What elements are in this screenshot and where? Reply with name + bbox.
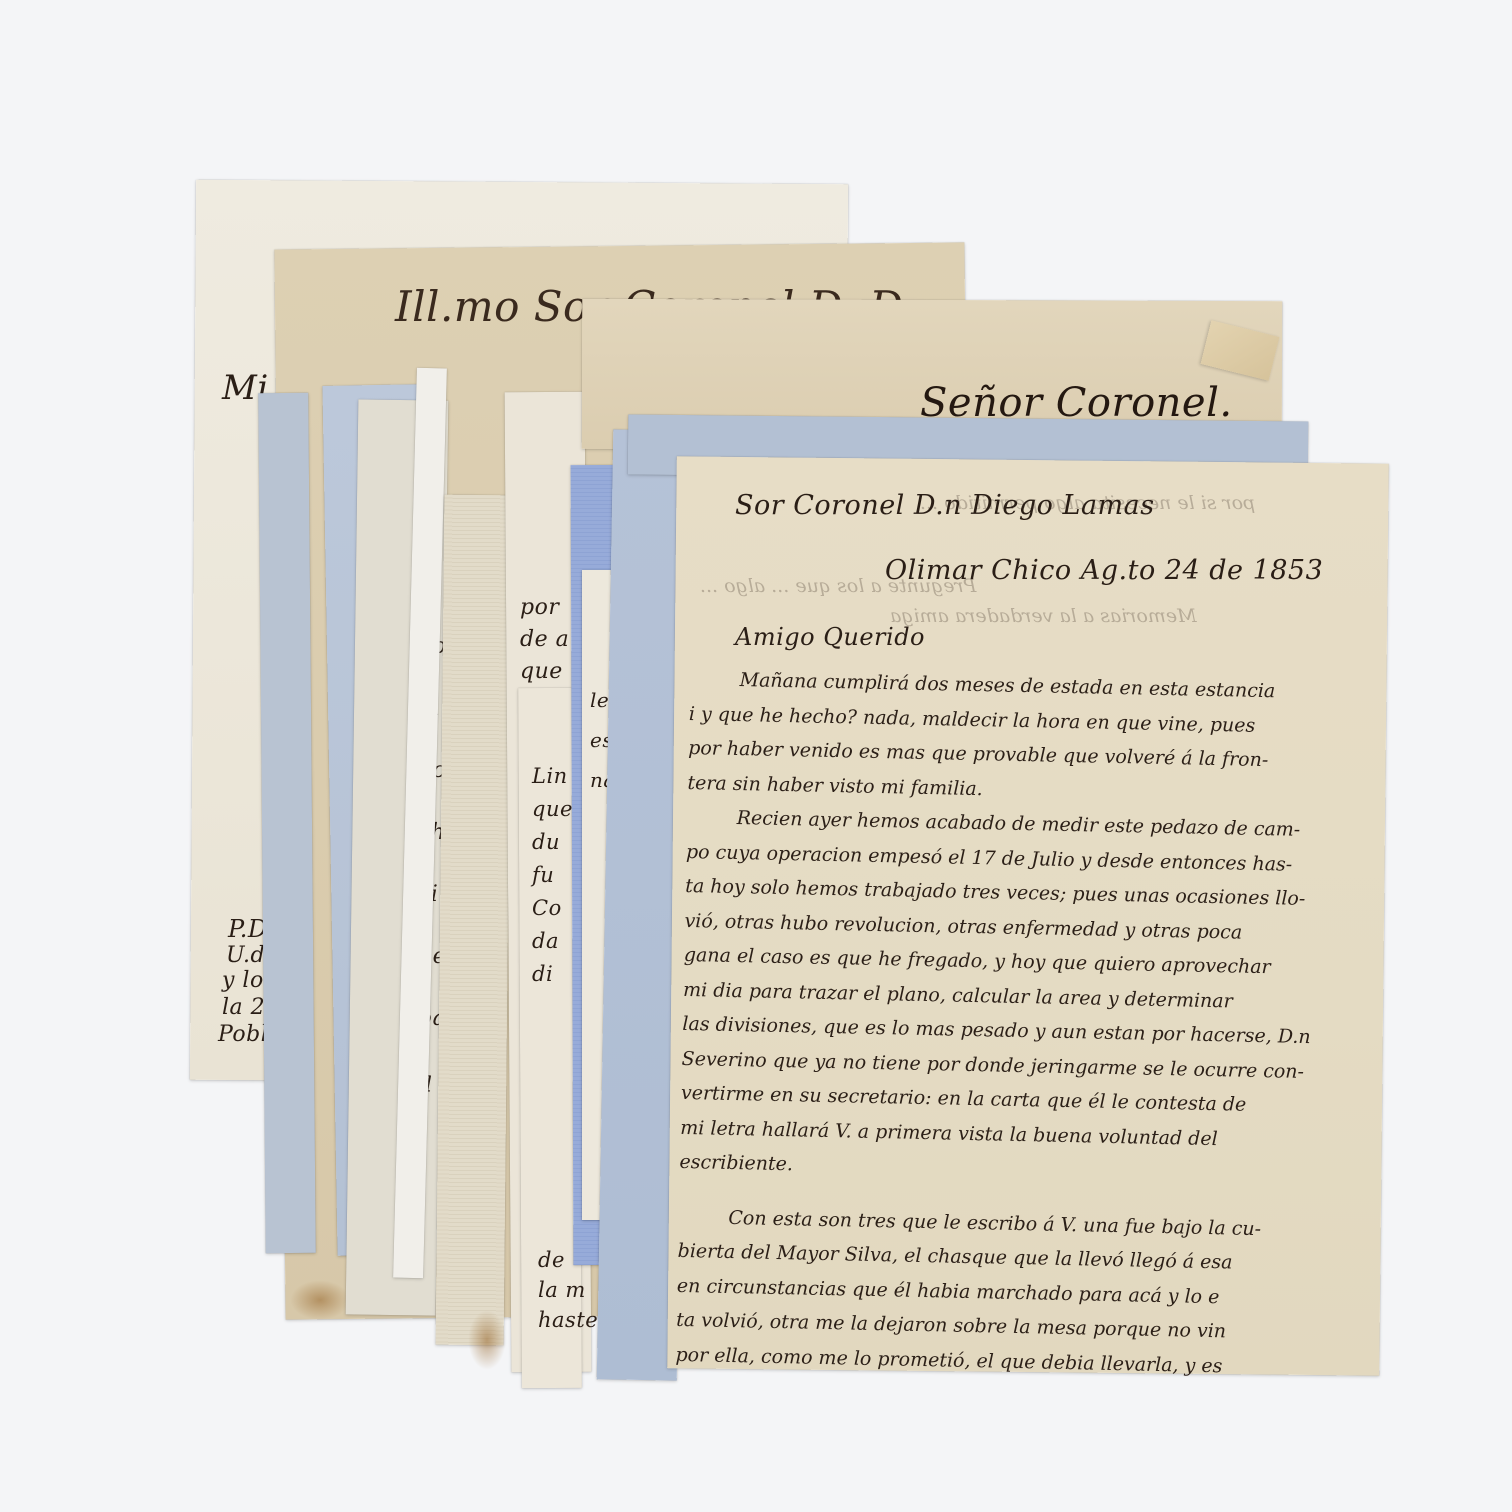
fragment: Lin (532, 764, 568, 788)
fragment: du (532, 830, 560, 854)
fragment: por (520, 595, 559, 620)
fragment: fu (532, 863, 554, 887)
pale-blue-sheet (258, 393, 316, 1253)
fragment: la m (538, 1278, 586, 1302)
letter-addressee: Sor Coronel D.n Diego Lamas (735, 490, 1155, 521)
fragment: haste (538, 1308, 598, 1332)
water-stain (290, 1280, 350, 1320)
bleed-through-text: Memorias a la verdadera amiga (890, 605, 1197, 627)
fragment: que (520, 659, 563, 684)
fragment: da (532, 929, 559, 953)
document-stack-photo: Mi P.D. U.d. y los la 2.a Poblac Ill.mo … (0, 0, 1512, 1512)
letter-salutation: Amigo Querido (735, 623, 925, 651)
fragment-column-c: Lin que du fu Co da di (532, 760, 573, 991)
laid-paper-sheet (436, 495, 513, 1346)
letter-place-date: Olimar Chico Ag.to 24 de 1853 (885, 555, 1323, 586)
fragment: Co (532, 896, 562, 920)
water-stain (468, 1310, 506, 1370)
fragment: de (538, 1248, 565, 1272)
fragment: le (590, 688, 609, 712)
letter-body: Mañana cumplirá dos meses de estada en e… (675, 662, 1380, 1386)
fragment: di (532, 962, 553, 986)
fragment: de a (520, 627, 569, 652)
fragment: que (532, 797, 573, 821)
